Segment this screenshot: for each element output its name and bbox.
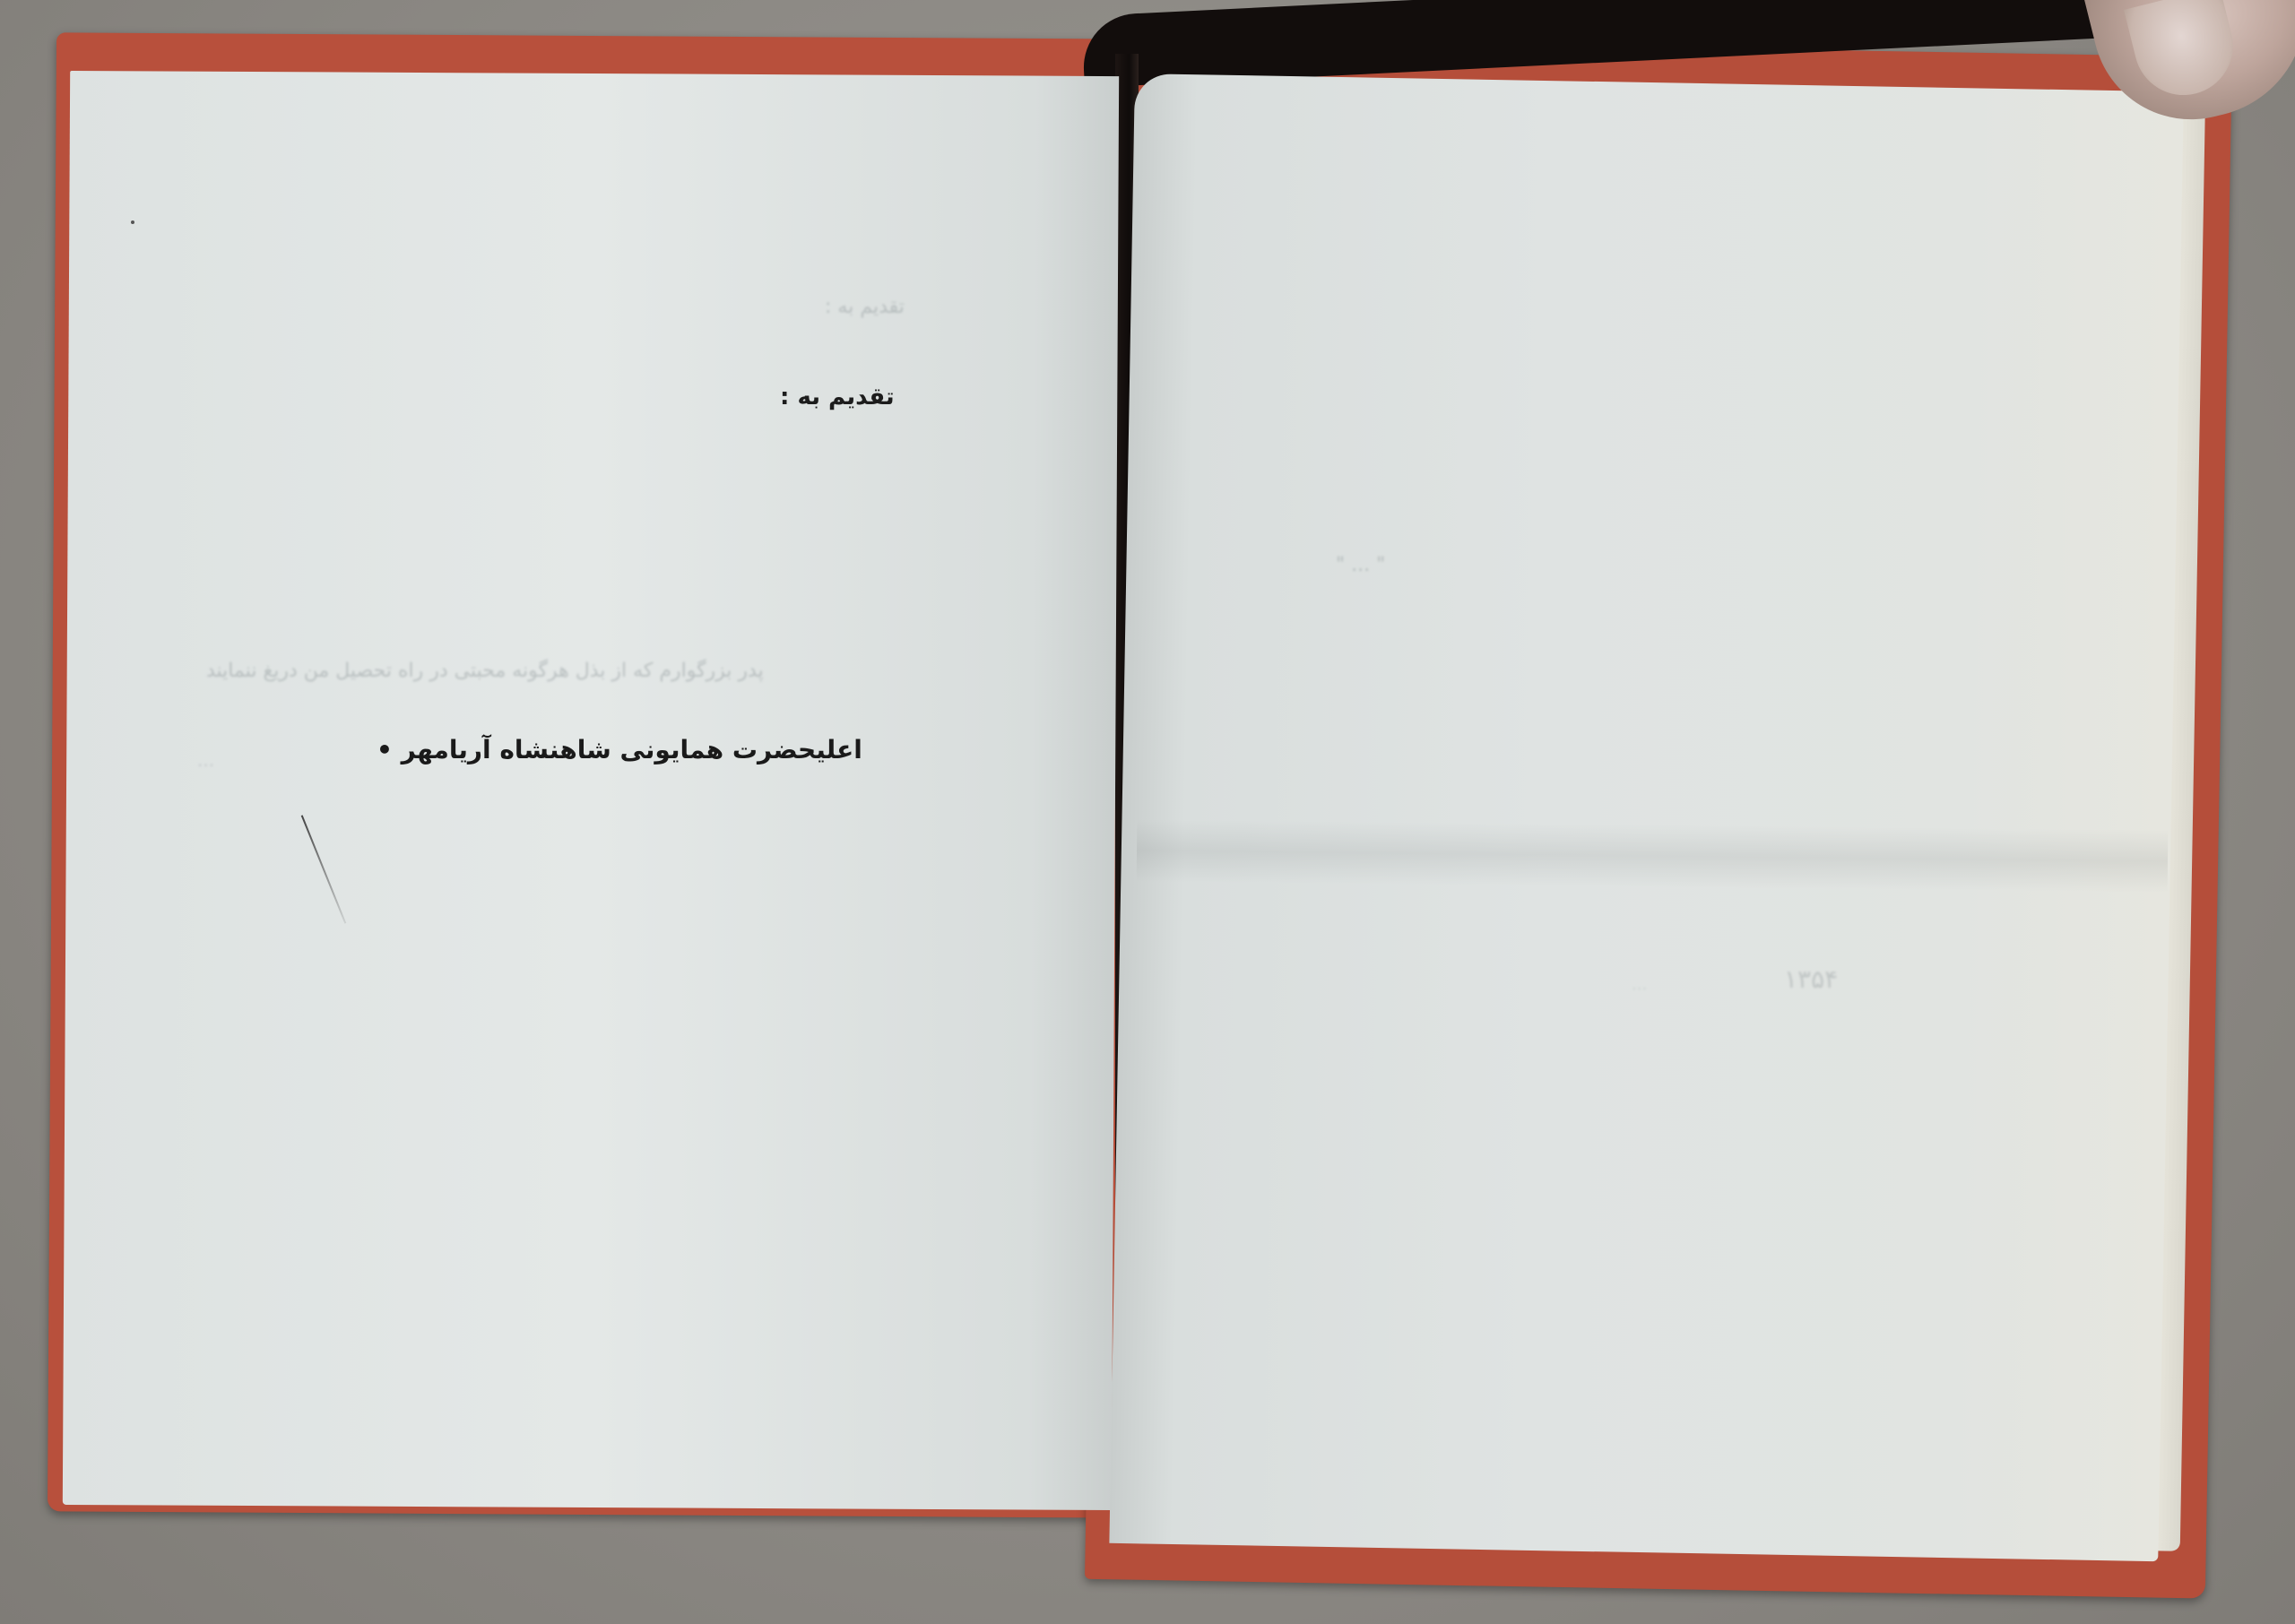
dedication-name: اعلیحضرت همایونی شاهنشاه آریامهر • <box>377 735 862 764</box>
bleed-through-heading: تقدیم به : <box>825 296 905 318</box>
left-page <box>63 71 1119 1510</box>
paper-speck <box>131 220 134 224</box>
bleed-through-line: " ... " <box>1336 554 1385 576</box>
dedication-heading: تقدیم به : <box>780 384 895 410</box>
bleed-through-line: ... <box>1632 975 1647 994</box>
bleed-through-number: ۱۳۵۴ <box>1784 964 1838 994</box>
thumbnail-nail <box>2124 0 2243 106</box>
bleed-through-line: پدر بزرگوارم که از بذل هرگونه محبتی در ر… <box>206 660 764 682</box>
open-book-photo: تقدیم به : پدر بزرگوارم که از بذل هرگونه… <box>0 0 2295 1624</box>
bleed-through-line: ... <box>197 749 214 771</box>
right-page[interactable] <box>1109 73 2183 1561</box>
page-fold-crease <box>1137 819 2169 893</box>
